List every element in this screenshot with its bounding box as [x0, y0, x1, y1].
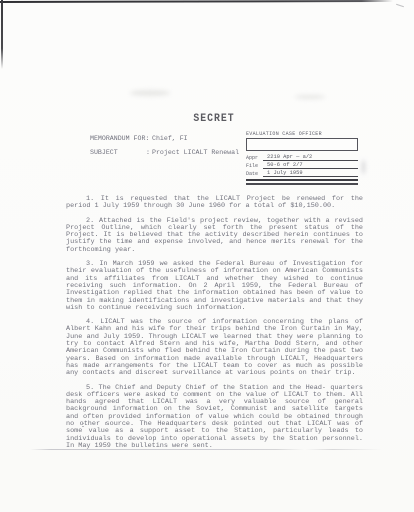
scan-speck [82, 426, 84, 427]
paragraph-5: 5. The Chief and Deputy Chief of the Sta… [66, 385, 363, 451]
memo-to-value: Chief, FI [152, 135, 188, 142]
memo-subject-label: SUBJECT [90, 149, 118, 156]
scan-edge-top [0, 0, 393, 3]
routing-row-label: Appr [246, 155, 263, 161]
routing-heavy-rule [246, 183, 358, 185]
routing-row-value: 2210 Apr — a/2 [263, 154, 358, 161]
paragraph-4: 4. LICALT was the source of information … [66, 319, 363, 377]
routing-row: Date 1 July 1959 [246, 169, 358, 177]
scan-smudge [295, 95, 325, 99]
memo-subject-value: Project LICALT Renewal [152, 149, 239, 156]
routing-stamp-header: EVALUATION CASE OFFICER [246, 131, 358, 137]
memo-body: 1. It is requested that the LICALT Proje… [66, 196, 363, 457]
document-page: SECRET MEMORANDUM FOR: Chief, FI SUBJECT… [0, 0, 414, 512]
paragraph-1: 1. It is requested that the LICALT Proje… [66, 196, 363, 211]
scan-smudge [130, 90, 170, 96]
scan-fold-line [30, 449, 382, 450]
routing-row-label: Date [246, 171, 263, 177]
routing-stamp-block: EVALUATION CASE OFFICER Appr 2210 Apr — … [246, 131, 358, 185]
memo-to-label: MEMORANDUM FOR: [90, 135, 149, 142]
routing-stamp-empty-box [246, 138, 358, 151]
scan-speck [82, 423, 84, 424]
secret-classification-stamp: SECRET [193, 114, 234, 126]
routing-row: File 50-6 of 2/7 [246, 161, 358, 169]
memo-subject-row: SUBJECT : Project LICALT Renewal [90, 149, 260, 156]
scan-speck [105, 422, 106, 425]
routing-heavy-rule [246, 179, 358, 181]
paragraph-3: 3. In March 1959 we asked the Federal Bu… [66, 261, 363, 312]
routing-row-label: File [246, 163, 263, 169]
memo-to-row: MEMORANDUM FOR: Chief, FI [90, 135, 260, 142]
scan-artifact-tick [396, 4, 404, 7]
routing-row-value: 50-6 of 2/7 [263, 162, 358, 169]
routing-row-value: 1 July 1959 [263, 170, 358, 177]
memo-header: MEMORANDUM FOR: Chief, FI SUBJECT : Proj… [90, 135, 260, 156]
memo-subject-colon: : [146, 149, 150, 156]
routing-row: Appr 2210 Apr — a/2 [246, 153, 358, 161]
scan-smudge [362, 160, 365, 174]
paragraph-2: 2. Attached is the Field's project revie… [66, 218, 363, 254]
scan-edge-left [1, 0, 3, 69]
